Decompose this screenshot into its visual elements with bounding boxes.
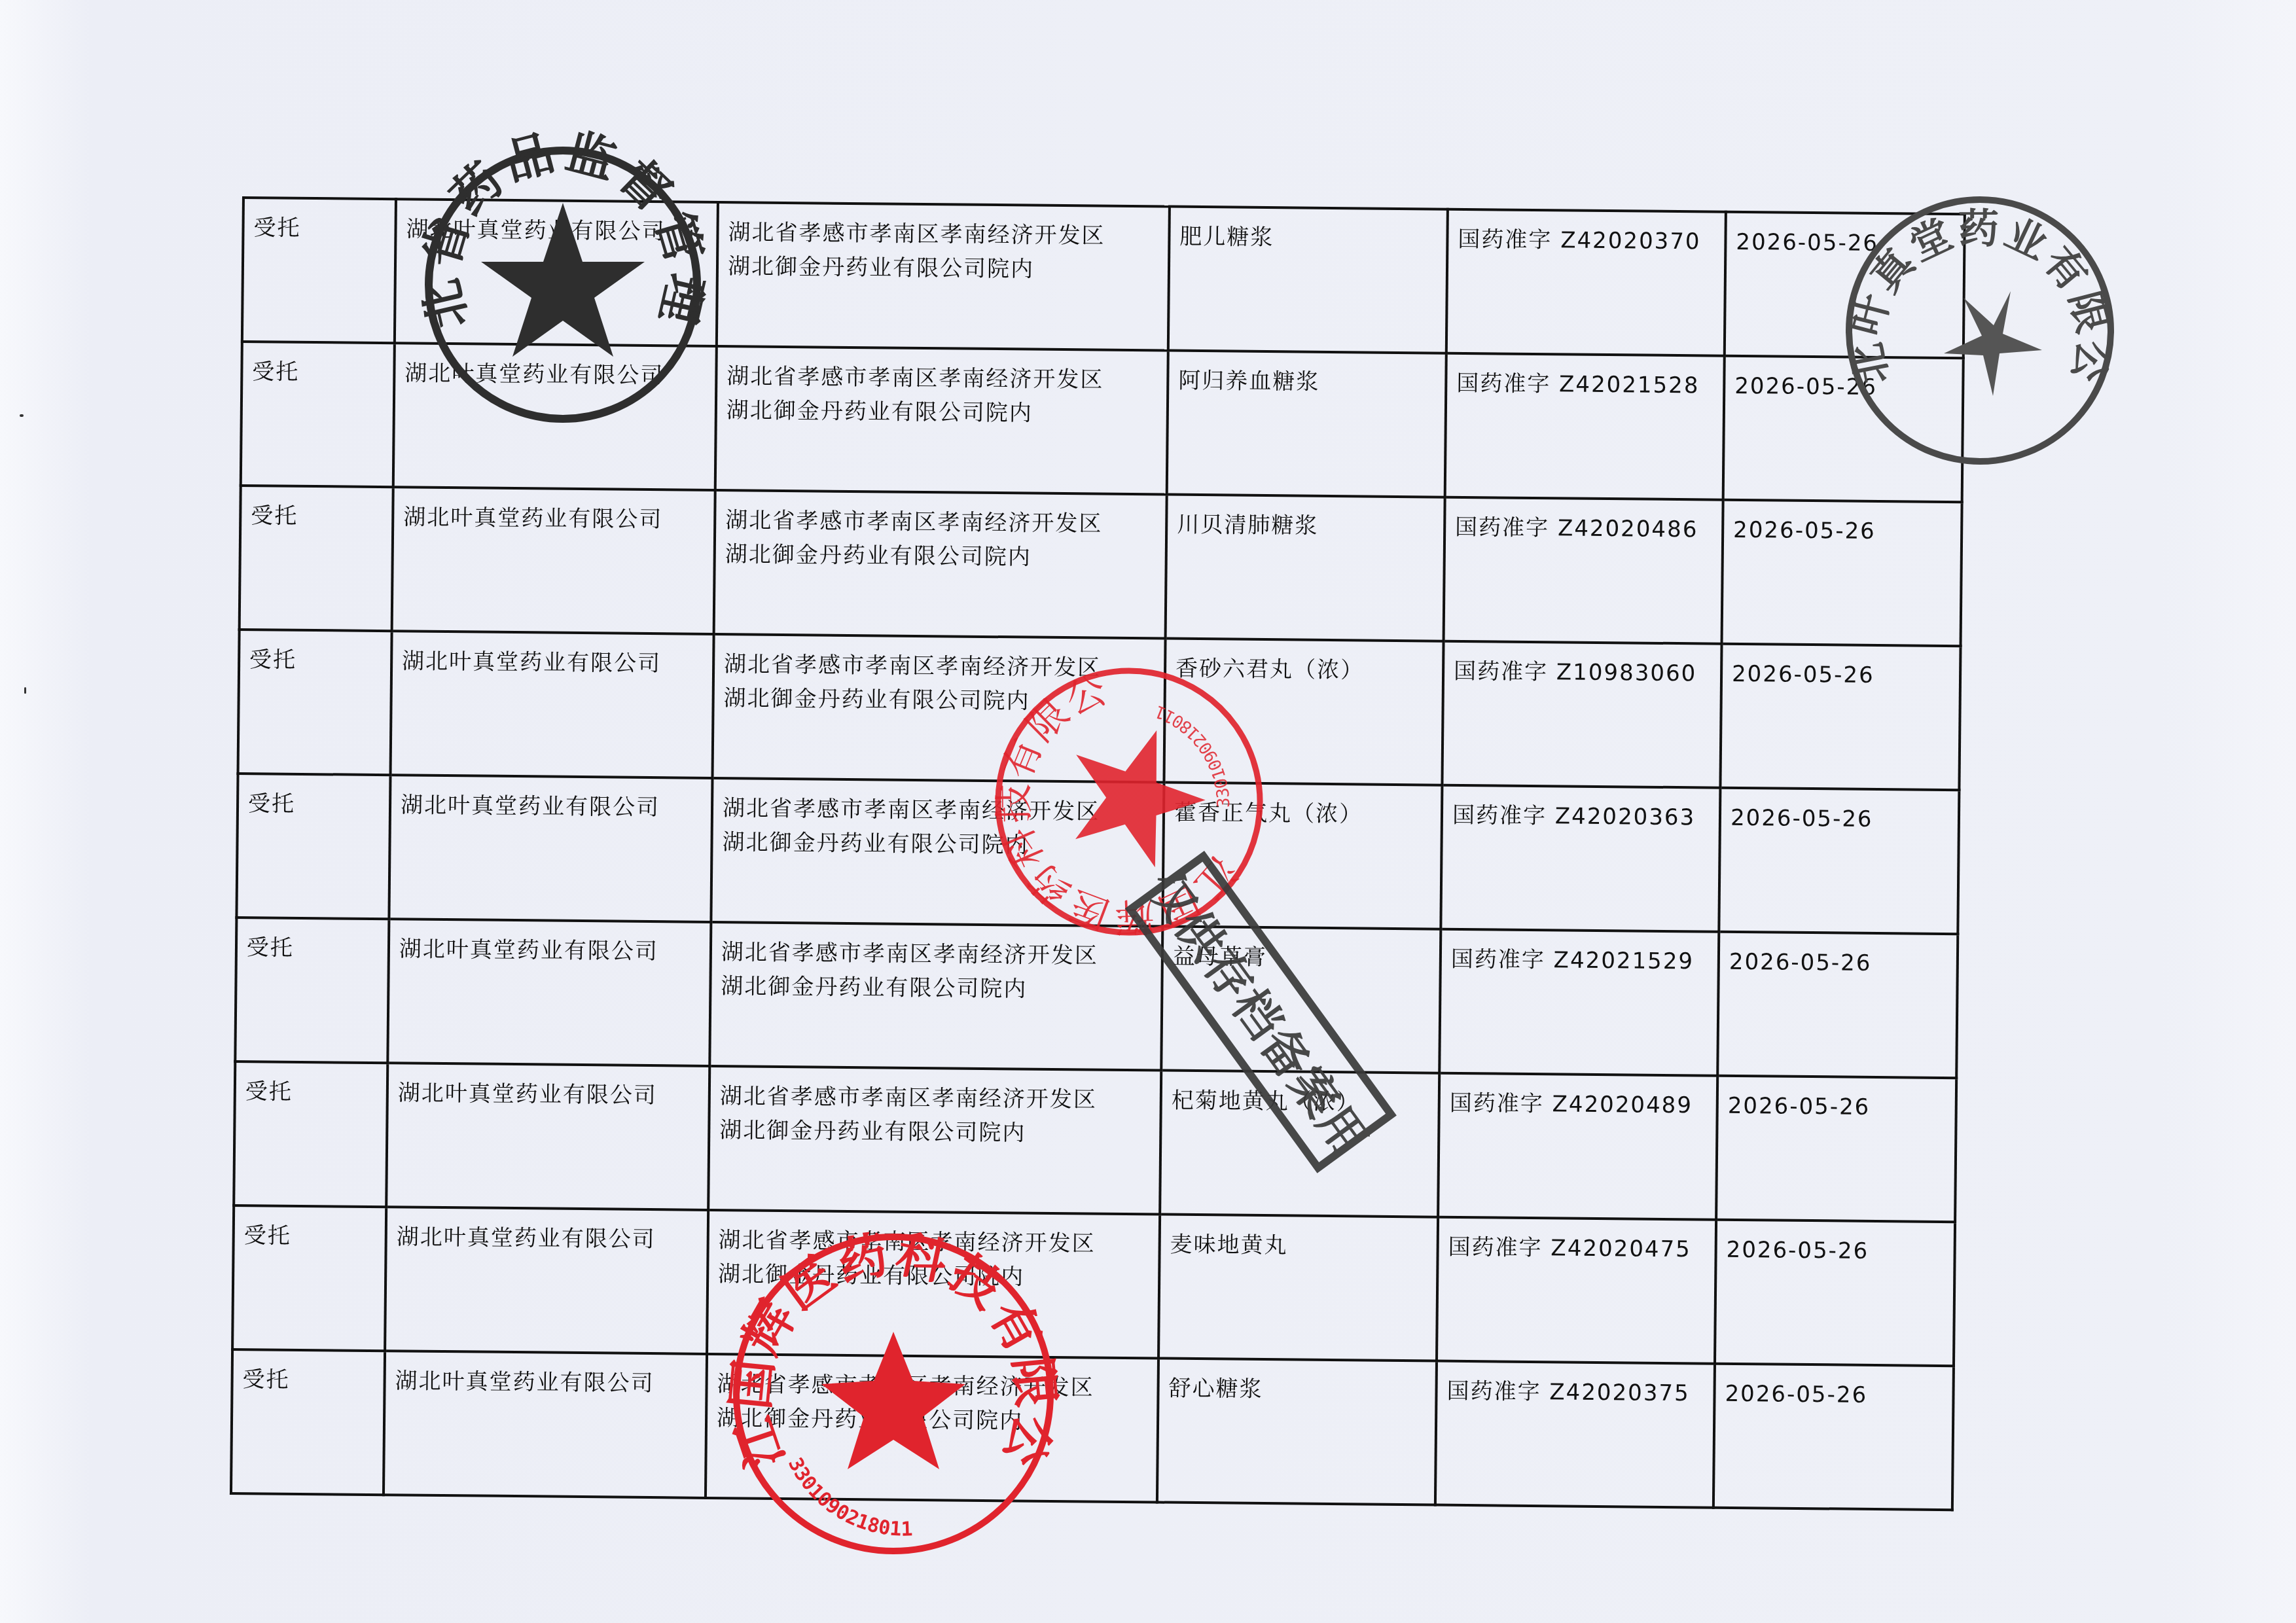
scan-speck [24, 687, 26, 694]
table-row: 受托湖北叶真堂药业有限公司湖北省孝感市孝南区孝南经济开发区湖北御金丹药业有限公司… [241, 342, 1964, 502]
scanned-page: 受托湖北叶真堂药业有限公司湖北省孝感市孝南区孝南经济开发区湖北御金丹药业有限公司… [0, 0, 2296, 1623]
product-name: 麦味地黄丸 [1170, 1232, 1287, 1259]
address-line-1: 湖北省孝感市孝南区孝南经济开发区 [723, 791, 1153, 829]
product-cell: 益母草膏 [1161, 927, 1441, 1073]
product-cell: 香砂六君丸（浓） [1164, 639, 1443, 785]
entrust-type: 受托 [248, 791, 295, 817]
expiry-cell: 2026-05-26 [1722, 500, 1962, 646]
approval-number: Z42020486 [1558, 515, 1698, 543]
address-line-1: 湖北省孝感市孝南区孝南经济开发区 [718, 1223, 1149, 1261]
table-row: 受托湖北叶真堂药业有限公司湖北省孝感市孝南区孝南经济开发区湖北御金丹药业有限公司… [232, 1205, 1955, 1366]
approval-prefix: 国药准字 [1454, 658, 1548, 685]
address-line-1: 湖北省孝感市孝南区孝南经济开发区 [717, 1367, 1147, 1405]
entrust-type: 受托 [252, 359, 299, 385]
product-ledger-sheet: 受托湖北叶真堂药业有限公司湖北省孝感市孝南区孝南经济开发区湖北御金丹药业有限公司… [230, 196, 1964, 1463]
approval-prefix: 国药准字 [1446, 1378, 1541, 1405]
company-name: 湖北叶真堂药业有限公司 [406, 216, 665, 245]
approval-number: Z42021529 [1554, 947, 1695, 974]
entrust-type-cell: 受托 [242, 198, 396, 343]
entrust-type: 受托 [253, 215, 300, 241]
entrust-type-cell: 受托 [235, 918, 389, 1063]
table-row: 受托湖北叶真堂药业有限公司湖北省孝感市孝南区孝南经济开发区湖北御金丹药业有限公司… [240, 486, 1962, 646]
address-line-2: 湖北御金丹药业有限公司院内 [718, 1257, 1149, 1295]
product-cell: 阿归养血糖浆 [1167, 351, 1446, 497]
approval-cell: 国药准字 Z42020486 [1444, 497, 1723, 644]
table-row: 受托湖北叶真堂药业有限公司湖北省孝感市孝南区孝南经济开发区湖北御金丹药业有限公司… [231, 1349, 1954, 1510]
address-line-2: 湖北御金丹药业有限公司院内 [717, 1401, 1147, 1439]
expiry-cell: 2026-05-26 [1725, 212, 1965, 358]
company-cell: 湖北叶真堂药业有限公司 [384, 1351, 707, 1498]
entrust-type-cell: 受托 [241, 342, 395, 487]
expiry-date: 2026-05-26 [1732, 661, 1874, 688]
approval-prefix: 国药准字 [1450, 1090, 1544, 1117]
entrust-type: 受托 [251, 503, 298, 529]
address-cell: 湖北省孝感市孝南区孝南经济开发区湖北御金丹药业有限公司院内 [709, 922, 1162, 1071]
expiry-cell: 2026-05-26 [1715, 1220, 1955, 1366]
expiry-cell: 2026-05-26 [1723, 356, 1964, 502]
company-name: 湖北叶真堂药业有限公司 [398, 1080, 657, 1109]
expiry-cell: 2026-05-26 [1713, 1364, 1954, 1510]
expiry-date: 2026-05-26 [1733, 517, 1876, 544]
company-cell: 湖北叶真堂药业有限公司 [393, 343, 717, 490]
address-cell: 湖北省孝感市孝南区孝南经济开发区湖北御金丹药业有限公司院内 [715, 346, 1168, 495]
address-cell: 湖北省孝感市孝南区孝南经济开发区湖北御金丹药业有限公司院内 [708, 1066, 1161, 1215]
product-cell: 舒心糖浆 [1157, 1359, 1437, 1505]
address-line-1: 湖北省孝感市孝南区孝南经济开发区 [721, 935, 1152, 973]
product-ledger-table: 受托湖北叶真堂药业有限公司湖北省孝感市孝南区孝南经济开发区湖北御金丹药业有限公司… [230, 196, 1966, 1511]
product-cell: 杞菊地黄丸（浓） [1160, 1071, 1439, 1217]
approval-prefix: 国药准字 [1452, 802, 1547, 829]
approval-number: Z10983060 [1556, 659, 1697, 687]
company-cell: 湖北叶真堂药业有限公司 [389, 775, 712, 922]
approval-number: Z42020375 [1549, 1379, 1690, 1406]
approval-cell: 国药准字 Z42021529 [1439, 929, 1719, 1076]
entrust-type: 受托 [242, 1366, 289, 1393]
product-cell: 麦味地黄丸 [1158, 1215, 1438, 1361]
product-name: 杞菊地黄丸（浓） [1172, 1088, 1360, 1116]
entrust-type: 受托 [245, 1079, 293, 1105]
company-cell: 湖北叶真堂药业有限公司 [385, 1207, 708, 1354]
product-name: 益母草膏 [1173, 944, 1267, 971]
expiry-date: 2026-05-26 [1734, 373, 1877, 401]
product-name: 舒心糖浆 [1168, 1376, 1263, 1402]
company-cell: 湖北叶真堂药业有限公司 [392, 487, 715, 634]
approval-number: Z42020363 [1555, 803, 1696, 830]
entrust-type-cell: 受托 [240, 486, 393, 631]
entrust-type-cell: 受托 [232, 1205, 386, 1351]
approval-cell: 国药准字 Z42020375 [1435, 1361, 1715, 1508]
product-name: 香砂六君丸（浓） [1175, 656, 1364, 684]
scan-speck [20, 414, 24, 417]
expiry-date: 2026-05-26 [1736, 229, 1878, 257]
approval-cell: 国药准字 Z42020370 [1446, 209, 1726, 356]
address-cell: 湖北省孝感市孝南区孝南经济开发区湖北御金丹药业有限公司院内 [707, 1210, 1160, 1359]
address-cell: 湖北省孝感市孝南区孝南经济开发区湖北御金丹药业有限公司院内 [717, 202, 1170, 351]
address-line-1: 湖北省孝感市孝南区孝南经济开发区 [724, 647, 1155, 685]
address-line-2: 湖北御金丹药业有限公司院内 [725, 537, 1156, 575]
company-name: 湖北叶真堂药业有限公司 [399, 936, 658, 965]
product-cell: 川贝清肺糖浆 [1166, 495, 1445, 641]
company-name: 湖北叶真堂药业有限公司 [404, 360, 664, 389]
entrust-type: 受托 [249, 647, 296, 673]
company-name: 湖北叶真堂药业有限公司 [403, 504, 662, 533]
address-cell: 湖北省孝感市孝南区孝南经济开发区湖北御金丹药业有限公司院内 [714, 490, 1167, 639]
company-cell: 湖北叶真堂药业有限公司 [391, 631, 714, 778]
expiry-cell: 2026-05-26 [1720, 644, 1960, 790]
address-line-2: 湖北御金丹药业有限公司院内 [728, 249, 1158, 287]
approval-cell: 国药准字 Z42020475 [1437, 1217, 1716, 1364]
address-line-2: 湖北御金丹药业有限公司院内 [722, 825, 1153, 863]
approval-prefix: 国药准字 [1451, 946, 1545, 973]
address-line-2: 湖北御金丹药业有限公司院内 [721, 969, 1151, 1007]
entrust-type: 受托 [244, 1222, 291, 1249]
approval-number: Z42020370 [1560, 227, 1701, 255]
address-line-2: 湖北御金丹药业有限公司院内 [719, 1113, 1150, 1151]
product-name: 阿归养血糖浆 [1178, 368, 1319, 395]
table-row: 受托湖北叶真堂药业有限公司湖北省孝感市孝南区孝南经济开发区湖北御金丹药业有限公司… [238, 630, 1961, 790]
address-line-1: 湖北省孝感市孝南区孝南经济开发区 [725, 503, 1156, 541]
company-cell: 湖北叶真堂药业有限公司 [387, 919, 711, 1066]
approval-prefix: 国药准字 [1448, 1234, 1542, 1261]
expiry-date: 2026-05-26 [1725, 1381, 1867, 1408]
product-cell: 肥儿糖浆 [1168, 207, 1448, 353]
entrust-type-cell: 受托 [231, 1349, 385, 1495]
expiry-date: 2026-05-26 [1726, 1237, 1869, 1264]
approval-cell: 国药准字 Z10983060 [1442, 641, 1721, 788]
expiry-cell: 2026-05-26 [1716, 1076, 1956, 1222]
approval-cell: 国药准字 Z42021528 [1445, 353, 1725, 500]
product-name: 川贝清肺糖浆 [1177, 512, 1318, 539]
address-line-1: 湖北省孝感市孝南区孝南经济开发区 [720, 1079, 1151, 1117]
company-name: 湖北叶真堂药业有限公司 [402, 648, 661, 677]
company-name: 湖北叶真堂药业有限公司 [397, 1224, 656, 1253]
approval-cell: 国药准字 Z42020489 [1438, 1073, 1717, 1220]
expiry-date: 2026-05-26 [1729, 949, 1872, 976]
expiry-date: 2026-05-26 [1728, 1093, 1871, 1120]
table-row: 受托湖北叶真堂药业有限公司湖北省孝感市孝南区孝南经济开发区湖北御金丹药业有限公司… [235, 918, 1958, 1078]
approval-prefix: 国药准字 [1458, 226, 1552, 253]
product-name: 藿香正气丸（浓） [1174, 800, 1363, 828]
table-row: 受托湖北叶真堂药业有限公司湖北省孝感市孝南区孝南经济开发区湖北御金丹药业有限公司… [242, 198, 1965, 358]
approval-cell: 国药准字 Z42020363 [1441, 785, 1720, 932]
entrust-type-cell: 受托 [236, 774, 390, 919]
address-line-1: 湖北省孝感市孝南区孝南经济开发区 [726, 359, 1157, 397]
product-cell: 藿香正气丸（浓） [1162, 783, 1442, 929]
address-line-2: 湖北御金丹药业有限公司院内 [723, 681, 1154, 719]
entrust-type-cell: 受托 [238, 630, 392, 775]
approval-number: Z42020489 [1552, 1091, 1693, 1118]
entrust-type-cell: 受托 [234, 1061, 387, 1207]
table-row: 受托湖北叶真堂药业有限公司湖北省孝感市孝南区孝南经济开发区湖北御金丹药业有限公司… [234, 1061, 1956, 1222]
approval-number: Z42021528 [1559, 371, 1700, 399]
address-line-2: 湖北御金丹药业有限公司院内 [726, 393, 1157, 431]
company-cell: 湖北叶真堂药业有限公司 [386, 1063, 709, 1210]
product-name: 肥儿糖浆 [1179, 224, 1274, 251]
address-cell: 湖北省孝感市孝南区孝南经济开发区湖北御金丹药业有限公司院内 [711, 778, 1164, 927]
company-name: 湖北叶真堂药业有限公司 [401, 792, 660, 821]
approval-number: Z42020475 [1551, 1235, 1691, 1262]
expiry-date: 2026-05-26 [1731, 805, 1873, 832]
approval-prefix: 国药准字 [1456, 370, 1551, 397]
company-cell: 湖北叶真堂药业有限公司 [395, 199, 718, 346]
approval-prefix: 国药准字 [1455, 514, 1549, 541]
address-cell: 湖北省孝感市孝南区孝南经济开发区湖北御金丹药业有限公司院内 [713, 634, 1166, 783]
entrust-type: 受托 [247, 935, 294, 961]
table-row: 受托湖北叶真堂药业有限公司湖北省孝感市孝南区孝南经济开发区湖北御金丹药业有限公司… [236, 774, 1959, 934]
expiry-cell: 2026-05-26 [1719, 788, 1959, 934]
address-cell: 湖北省孝感市孝南区孝南经济开发区湖北御金丹药业有限公司院内 [706, 1354, 1158, 1503]
expiry-cell: 2026-05-26 [1717, 932, 1958, 1078]
address-line-1: 湖北省孝感市孝南区孝南经济开发区 [728, 215, 1158, 253]
company-name: 湖北叶真堂药业有限公司 [395, 1368, 654, 1397]
